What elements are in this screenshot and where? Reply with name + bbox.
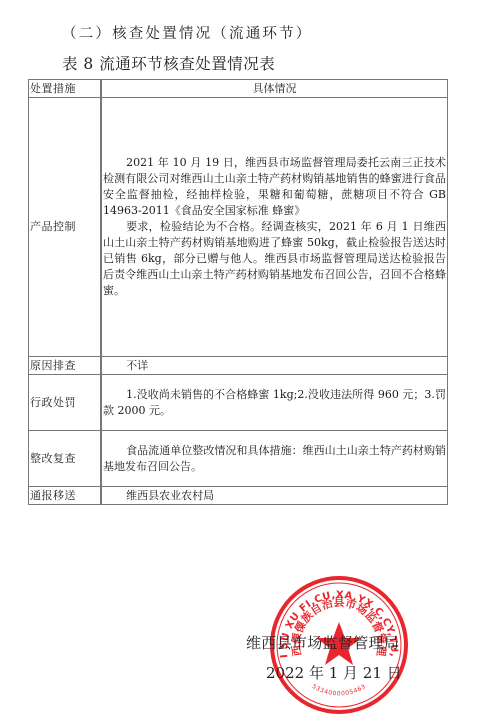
table-header-row: 处置措施 具体情况 — [29, 80, 448, 98]
disposal-table: 处置措施 具体情况 产品控制 2021 年 10 月 19 日，维西县市场监督管… — [28, 79, 448, 505]
table-row: 产品控制 2021 年 10 月 19 日，维西县市场监督管理局委托云南三正技术… — [29, 98, 448, 357]
header-measure: 处置措施 — [29, 80, 102, 98]
detail-paragraph: 食品流通单位整改情况和具体措施：维西山土山亲土特产药材购销基地发布召回公告。 — [103, 443, 446, 475]
row-details: 1.没收尚未销售的不合格蜂蜜 1kg;2.没收违法所得 960 元；3.罚款 2… — [101, 375, 448, 431]
row-details: 维西县农业农村局 — [101, 487, 448, 505]
table-row: 行政处罚 1.没收尚未销售的不合格蜂蜜 1kg;2.没收违法所得 960 元；3… — [29, 375, 448, 431]
row-measure: 整改复查 — [29, 431, 102, 487]
table-row: 通报移送 维西县农业农村局 — [29, 487, 448, 505]
detail-paragraph: 1.没收尚未销售的不合格蜂蜜 1kg;2.没收违法所得 960 元；3.罚款 2… — [103, 387, 446, 419]
section-title: （二）核查处置情况（流通环节） — [62, 22, 313, 43]
detail-paragraph: 要求，检验结论为不合格。经调查核实，2021 年 6 月 1 日维西山土山亲土特… — [103, 219, 446, 299]
row-details: 不详 — [101, 357, 448, 375]
row-details: 食品流通单位整改情况和具体措施：维西山土山亲土特产药材购销基地发布召回公告。 — [101, 431, 448, 487]
signature-date: 2022 年 1 月 21 日 — [266, 662, 402, 683]
svg-text:5334000005463: 5334000005463 — [311, 683, 368, 697]
row-measure: 通报移送 — [29, 487, 102, 505]
detail-paragraph: 不详 — [103, 358, 446, 374]
header-details: 具体情况 — [101, 80, 448, 98]
table-row: 整改复查 食品流通单位整改情况和具体措施：维西山土山亲土特产药材购销基地发布召回… — [29, 431, 448, 487]
table-caption: 表 8 流通环节核查处置情况表 — [62, 52, 275, 74]
row-measure: 原因排查 — [29, 357, 102, 375]
row-measure: 产品控制 — [29, 98, 102, 357]
detail-paragraph: 2021 年 10 月 19 日，维西县市场监督管理局委托云南三正技术检测有限公… — [103, 155, 446, 219]
detail-paragraph: 维西县农业农村局 — [103, 488, 446, 504]
table-row: 原因排查 不详 — [29, 357, 448, 375]
signature-org: 维西县市场监督管理局 — [246, 632, 399, 653]
row-measure: 行政处罚 — [29, 375, 102, 431]
row-details: 2021 年 10 月 19 日，维西县市场监督管理局委托云南三正技术检测有限公… — [101, 98, 448, 357]
